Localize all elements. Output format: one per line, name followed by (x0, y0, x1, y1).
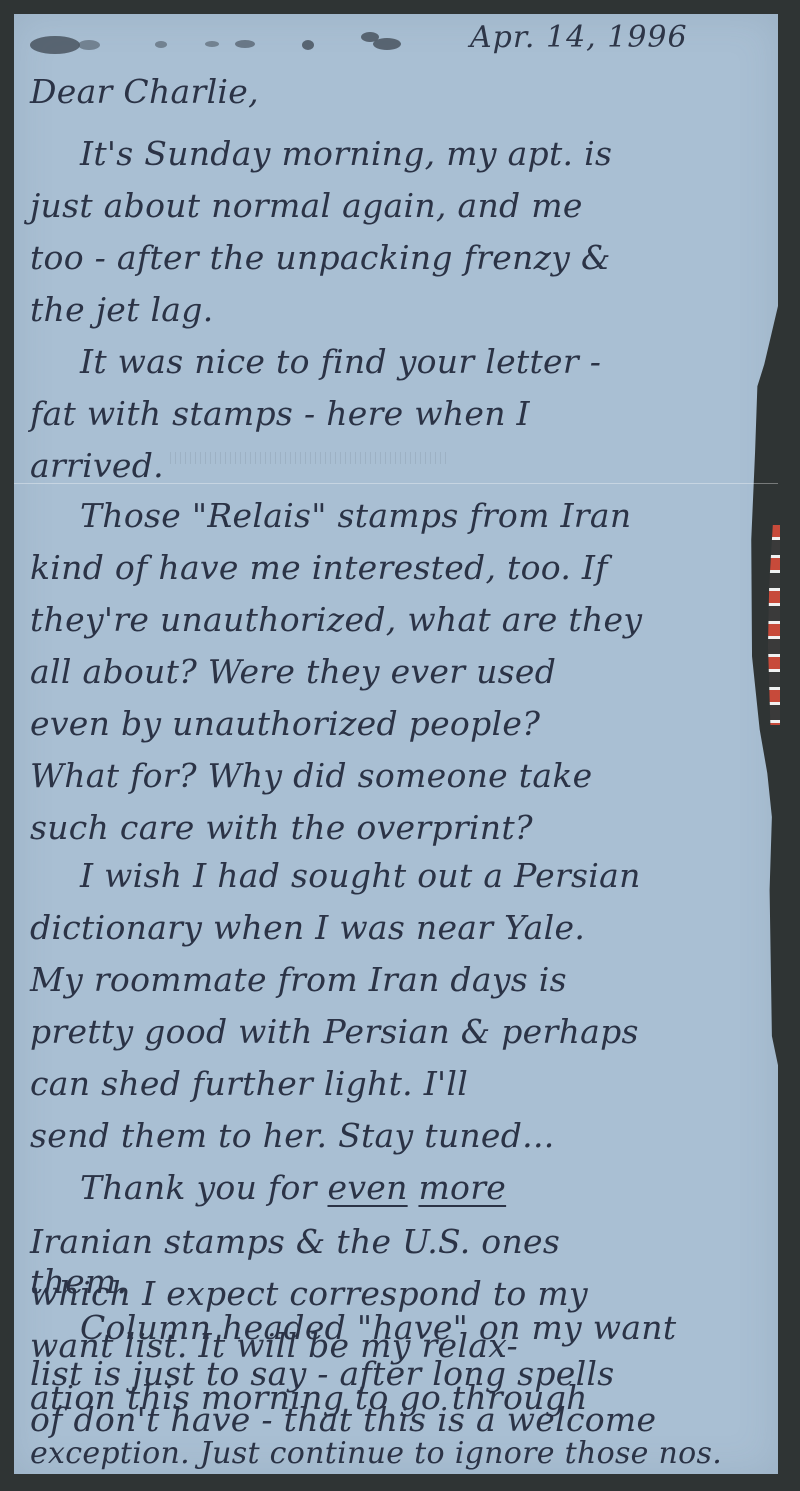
letter-line: Those "Relais" stamps from Iran (30, 496, 631, 535)
line-text: Thank you for (80, 1168, 327, 1207)
ink-smudge (30, 36, 80, 54)
underlined-word-more: more (418, 1168, 506, 1207)
letter-line: all about? Were they ever used (30, 652, 556, 691)
letter-line: fat with stamps - here when I (30, 394, 530, 433)
ink-smudge (373, 38, 401, 50)
letter-line: them. (30, 1262, 127, 1301)
letter-line: dictionary when I was near Yale. (30, 908, 585, 947)
letter-line: It was nice to find your letter - (30, 342, 601, 381)
line-text (408, 1168, 419, 1207)
letter-line: kind of have me interested, too. If (30, 548, 608, 587)
letter-line: too - after the unpacking frenzy & (30, 238, 611, 277)
letter-line: they're unauthorized, what are they (30, 600, 642, 639)
ink-smudge (205, 41, 219, 47)
letter-line: list is just to say - after long spells (30, 1354, 615, 1393)
letter-line: Thank you for even more (30, 1168, 506, 1207)
ink-smudge (302, 40, 314, 50)
letter-line: I wish I had sought out a Persian (30, 856, 641, 895)
letter-line: What for? Why did someone take (30, 756, 592, 795)
ink-smudge (78, 40, 100, 50)
letter-line: even by unauthorized people? (30, 704, 540, 743)
letter-line: just about normal again, and me (30, 186, 583, 225)
ink-smudge (235, 40, 255, 48)
underlined-word-even: even (327, 1168, 407, 1207)
letter-line: can shed further light. I'll (30, 1064, 468, 1103)
salutation: Dear Charlie, (30, 72, 259, 111)
letter-line: Column headed "have" on my want (30, 1308, 676, 1347)
letter-line: My roommate from Iran days is (30, 960, 567, 999)
letter-line: the jet lag. (30, 290, 214, 329)
letter-line: send them to her. Stay tuned... (30, 1116, 555, 1155)
letter-line: exception. Just continue to ignore those… (30, 1436, 722, 1471)
letter-line: arrived. (30, 446, 164, 485)
letter-line: pretty good with Persian & perhaps (30, 1012, 639, 1051)
letter-date: Apr. 14, 1996 (470, 20, 688, 55)
letter-line: such care with the overprint? (30, 808, 533, 847)
printed-show-through (170, 452, 450, 464)
letter-line: of don't have - that this is a welcome (30, 1400, 656, 1439)
ink-smudge (155, 41, 167, 48)
letter-line: Iranian stamps & the U.S. ones (30, 1222, 560, 1261)
letter-line: It's Sunday morning, my apt. is (30, 134, 612, 173)
